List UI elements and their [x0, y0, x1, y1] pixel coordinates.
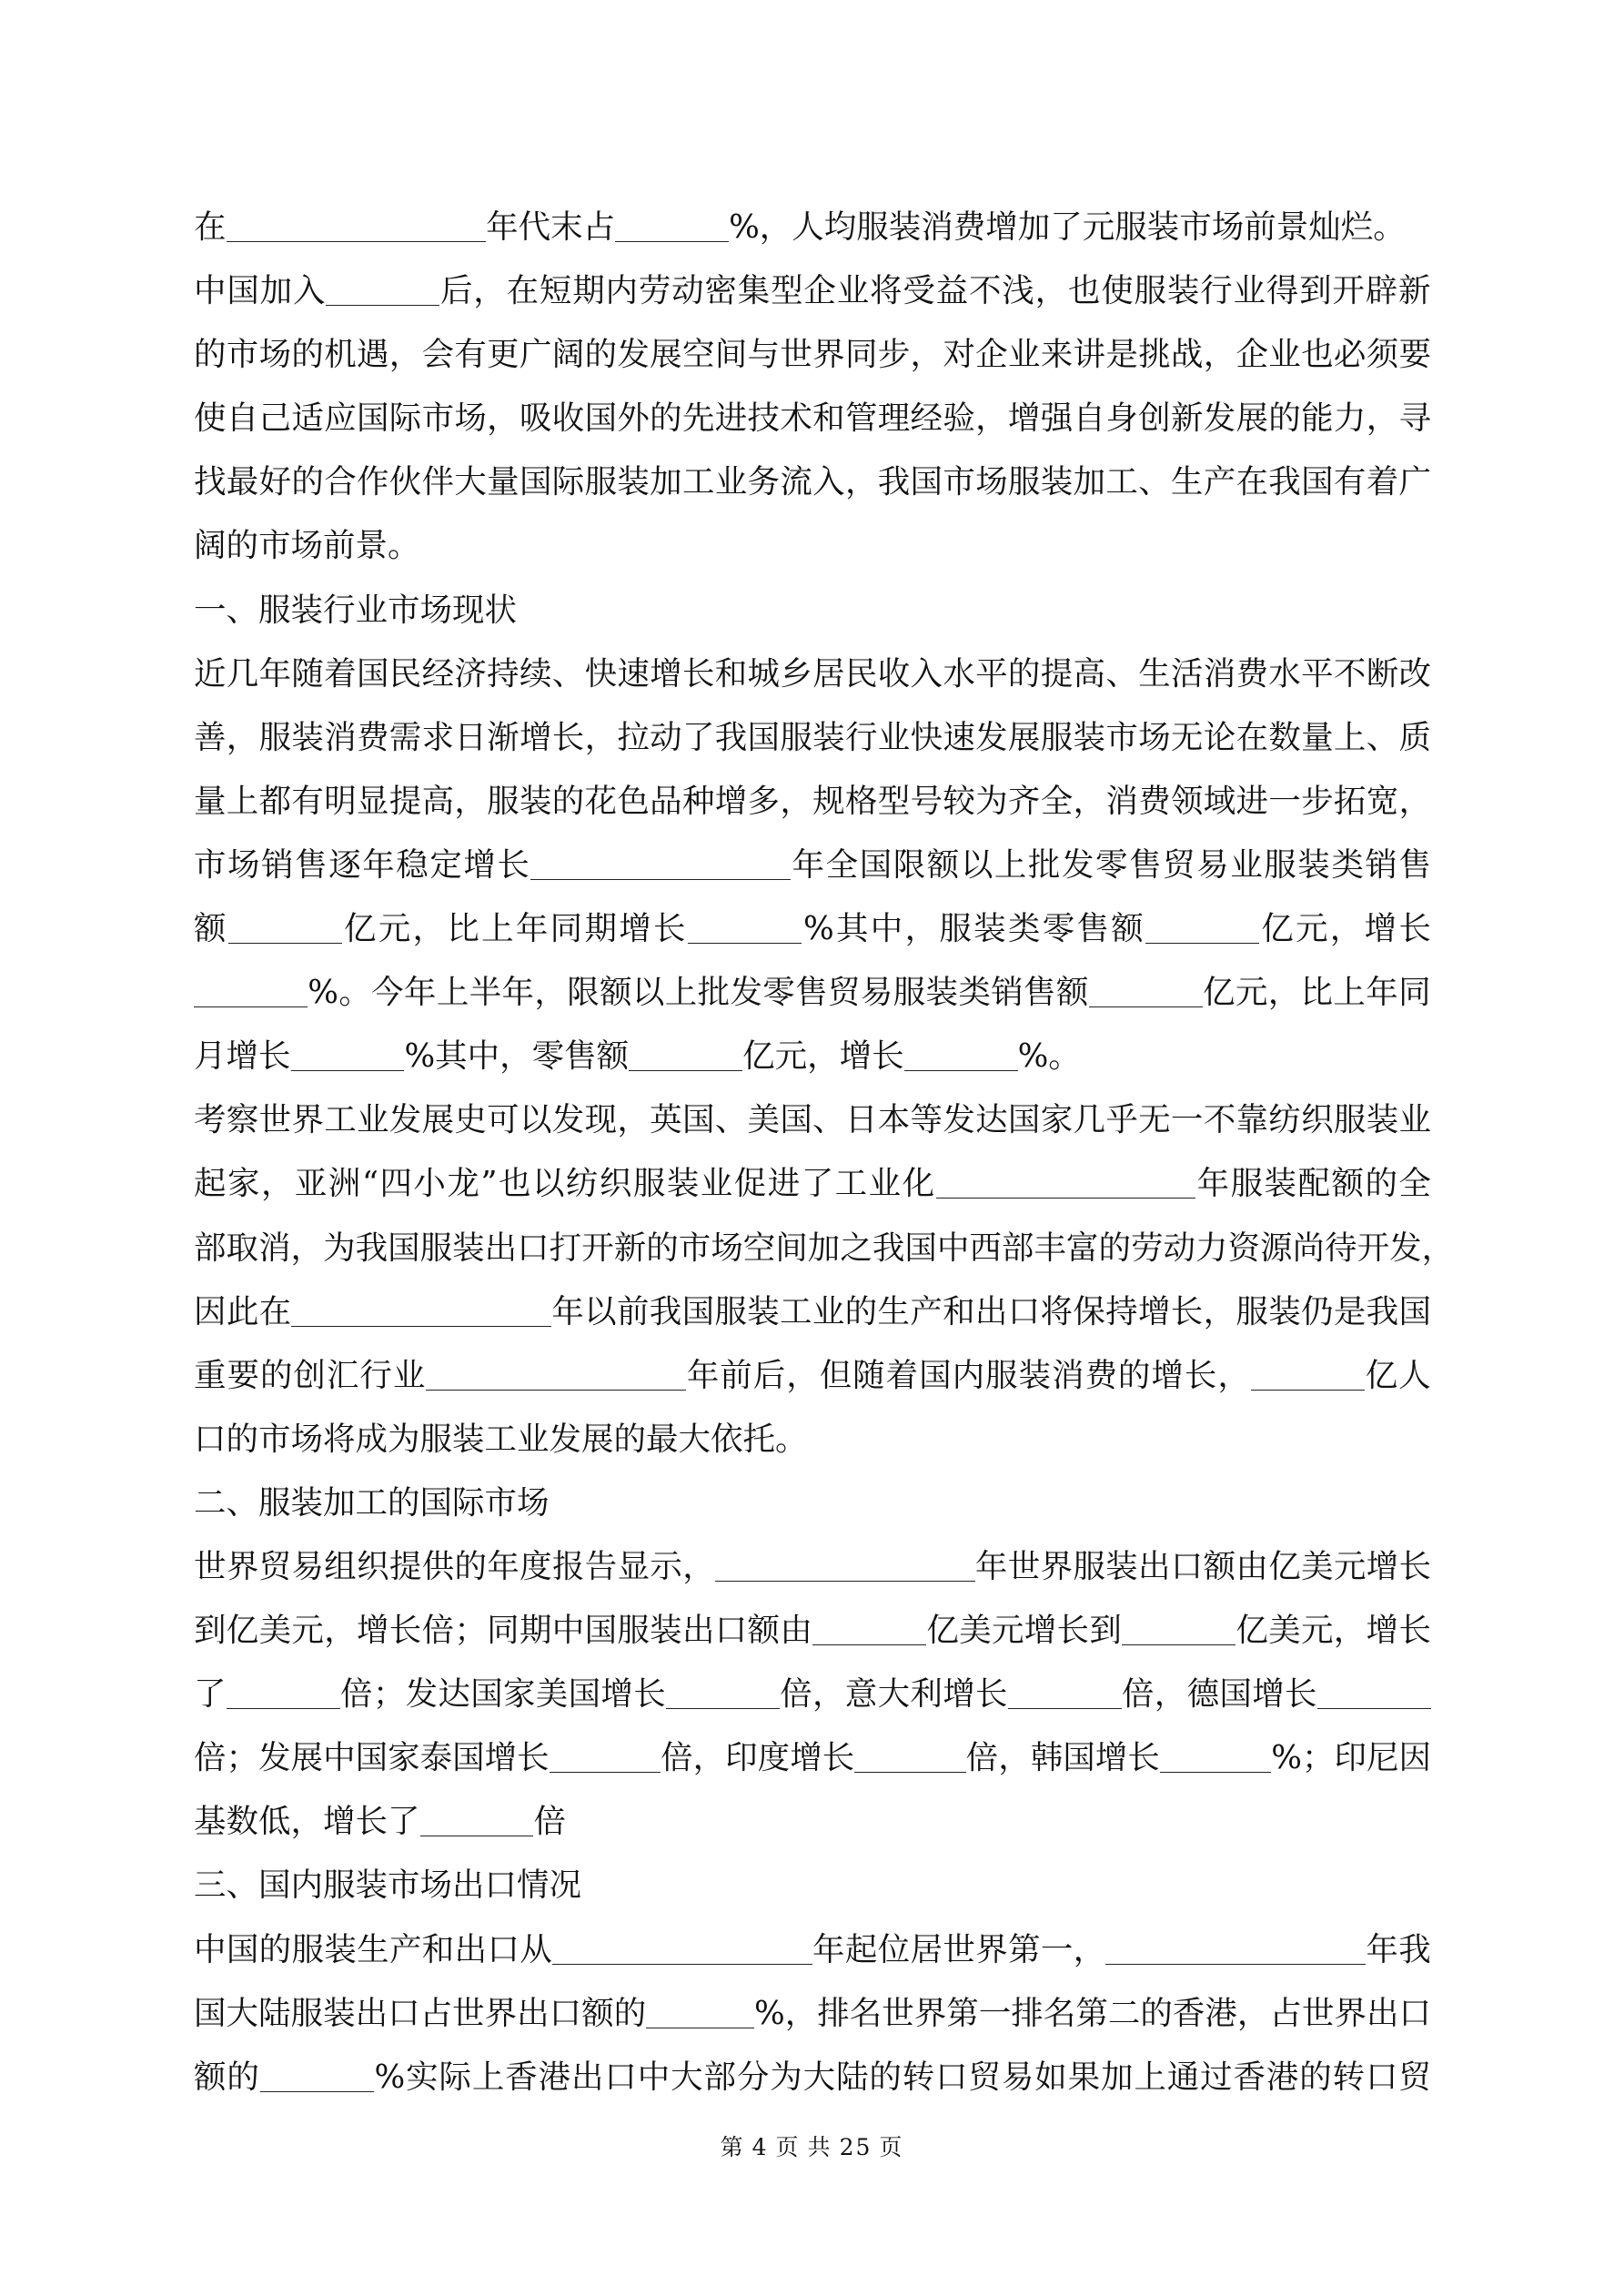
text-char: 类	[1008, 897, 1041, 961]
text-char: 遇	[357, 323, 389, 387]
text-char: ，	[1330, 897, 1363, 961]
text-char: 亿	[1203, 961, 1236, 1025]
text-char: 陆	[258, 1982, 291, 2046]
text-char: 额	[1056, 961, 1089, 1025]
text-char: 世	[1302, 1982, 1335, 2046]
text-char: 可	[487, 1088, 519, 1152]
text-char: ，	[487, 387, 519, 450]
text-char: 益	[936, 259, 969, 323]
text-char: 美	[748, 1088, 781, 1152]
text-char: 将	[1041, 1280, 1074, 1344]
text-char: 是	[1334, 1280, 1367, 1344]
text-char: 部	[1002, 1217, 1034, 1280]
text-char: 渐	[487, 706, 519, 770]
text-line: 量上都有明显提高，服装的花色品种增多，规格型号较为齐全，消费领域进一步拓宽，	[194, 770, 1431, 834]
text-char: 工	[682, 450, 715, 514]
text-char: 年	[487, 1535, 519, 1599]
text-char: 英	[650, 1088, 682, 1152]
text-char: 国	[860, 834, 893, 897]
text-line: 起家，亚洲“四小龙”也以纺织服装业促进了工业化年服装配额的全	[194, 1152, 1431, 1216]
text-char: 国	[227, 259, 259, 323]
text-char: 服	[420, 1217, 453, 1280]
text-char: 国	[1063, 1726, 1095, 1790]
text-char: 着	[1367, 450, 1399, 514]
text-char: 展	[291, 1726, 324, 1790]
text-char: 是	[1105, 323, 1138, 387]
text-char: 富	[1066, 1217, 1099, 1280]
text-char: ，	[1035, 259, 1068, 323]
text-char: 其	[836, 897, 869, 961]
text-char: 促	[734, 1152, 767, 1216]
text-char: 度	[519, 1535, 552, 1599]
text-char: 长	[1398, 1535, 1431, 1599]
text-char: 美	[259, 1599, 292, 1663]
text-char: 一	[1268, 770, 1301, 834]
text-char: 前	[720, 1344, 752, 1408]
text-char: 额	[581, 1982, 614, 2046]
text-char: 、	[1105, 642, 1138, 706]
text-char: 密	[704, 259, 737, 323]
text-char: 部	[704, 2046, 737, 2109]
text-char: 乡	[780, 642, 812, 706]
text-char: 装	[650, 1599, 682, 1663]
text-char: 高	[422, 770, 455, 834]
text-char: 家	[503, 1663, 536, 1726]
text-char: 意	[845, 1663, 878, 1726]
text-char: 额	[600, 961, 632, 1025]
text-char: 应	[324, 387, 357, 450]
text-char: 我	[356, 1217, 388, 1280]
text-char: 力	[1195, 1217, 1228, 1280]
text-char: 业	[701, 1152, 733, 1216]
text-char: 服	[1135, 259, 1167, 323]
text-char: 易	[861, 961, 893, 1025]
text-char: ，	[1074, 770, 1106, 834]
text-char: 展	[1008, 706, 1041, 770]
fill-in-blank	[688, 911, 802, 944]
text-char: 世	[780, 323, 812, 387]
text-char: 能	[1301, 387, 1334, 450]
text-char: 提	[389, 1535, 422, 1599]
text-char: 需	[389, 706, 422, 770]
text-char: 装	[1105, 1535, 1138, 1599]
text-char: 场	[975, 450, 1008, 514]
text-char: 齐	[1008, 770, 1041, 834]
text-char: 比	[447, 897, 479, 961]
text-char: 示	[650, 1535, 682, 1599]
text-char: 亿	[1261, 897, 1294, 961]
text-char: ，	[389, 323, 422, 387]
text-char: 劳	[1131, 1217, 1164, 1280]
text-char: 数	[1268, 706, 1301, 770]
text-char: 业	[393, 1344, 426, 1408]
text-char: 快	[911, 706, 943, 770]
text-char: 乎	[1105, 1088, 1138, 1152]
text-char: 己	[259, 387, 292, 450]
text-char: 发	[943, 1088, 975, 1152]
text-char: 年	[516, 897, 549, 961]
text-char: 广	[1398, 450, 1431, 514]
text-char: 合	[324, 450, 357, 514]
text-char: 期	[519, 1599, 552, 1663]
text-char: 企	[803, 259, 836, 323]
text-char: 。	[338, 961, 371, 1025]
text-char: ，	[1367, 387, 1399, 450]
text-char: 活	[1171, 642, 1204, 706]
text-char: 增	[943, 1663, 975, 1726]
text-char: 机	[324, 323, 357, 387]
text-char: 劳	[639, 259, 671, 323]
text-char: 量	[487, 450, 519, 514]
text-char: 内	[953, 1344, 985, 1408]
text-char: 几	[1074, 1088, 1106, 1152]
text-char: 装	[1268, 1280, 1301, 1344]
text-char: 服	[259, 706, 292, 770]
text-char: 年	[551, 1280, 584, 1344]
text-char: 发	[1204, 387, 1236, 450]
text-char: 全	[1041, 770, 1074, 834]
section-heading: 二、服装加工的国际市场	[194, 1472, 1431, 1535]
text-char: 大	[803, 2046, 836, 2109]
text-char: 日	[845, 1088, 878, 1152]
text-char: 作	[357, 450, 389, 514]
text-char: 伴	[422, 450, 455, 514]
text-char: 装	[291, 706, 324, 770]
text-line: 阔的市场前景。	[194, 514, 1431, 578]
text-char: 贸	[969, 2046, 1002, 2109]
text-char: 长	[497, 834, 530, 897]
text-char: 消	[1105, 770, 1138, 834]
text-char: 上	[1134, 2046, 1166, 2109]
text-char: 以	[519, 1088, 552, 1152]
text-char: 服	[1236, 1280, 1268, 1344]
text-char: 保	[1073, 1280, 1105, 1344]
text-char: 易	[291, 1535, 324, 1599]
text-char: 批	[1028, 834, 1061, 897]
text-char: 如	[1034, 2046, 1067, 2109]
text-char: 出	[571, 2046, 604, 2109]
text-char: ，	[1334, 1599, 1367, 1663]
text-char: 领	[1171, 770, 1204, 834]
text-char: 类	[958, 961, 991, 1025]
text-line: 部取消，为我国服装出口打开新的市场空间加之我国中西部丰富的劳动力资源尚待开发，	[194, 1217, 1431, 1280]
text-line: %。今年上半年，限额以上批发零售贸易服装类销售额亿元，比上年同	[194, 961, 1431, 1025]
text-char: 中	[552, 1599, 585, 1663]
fill-in-blank	[326, 273, 439, 306]
text-char: 业	[878, 706, 911, 770]
text-char: 进	[1236, 770, 1269, 834]
text-char: 尼	[1367, 1726, 1399, 1790]
text-char: 售	[1076, 897, 1109, 961]
text-char: 的	[1118, 1344, 1151, 1408]
text-char: 业	[1268, 323, 1301, 387]
text-char: 加	[650, 450, 682, 514]
text-char: 以	[961, 834, 994, 897]
text-char: ，	[413, 897, 446, 961]
text-line: 额亿元，比上年同期增长%其中，服装类零售额亿元，增长	[194, 897, 1431, 961]
text-char: 元	[1296, 897, 1328, 961]
text-char: 出	[485, 1217, 518, 1280]
text-char: ，	[261, 1152, 294, 1216]
text-char: ，	[812, 1663, 845, 1726]
text-char: 达	[975, 1088, 1008, 1152]
footer-page-unit: 页	[776, 2134, 801, 2160]
text-char: 定	[429, 834, 462, 897]
text-char: 格	[845, 770, 878, 834]
text-segment: 在	[194, 196, 227, 259]
text-char: ；	[373, 1663, 406, 1726]
text-char: 进	[768, 1152, 801, 1216]
text-char: 展	[650, 323, 682, 387]
text-char: 国	[780, 1088, 812, 1152]
text-char: 长	[1398, 1599, 1431, 1663]
document-body: 在年代末占%，人均服装消费增加了元服装市场前景灿烂。中国加入后，在短期内劳动密集…	[194, 196, 1431, 2109]
text-char: 起	[845, 1918, 878, 1982]
text-char: 国	[470, 1663, 503, 1726]
text-char: 战	[1171, 323, 1204, 387]
text-char: 界	[812, 323, 845, 387]
text-char: 步	[1301, 770, 1334, 834]
text-char: 增	[1138, 1280, 1171, 1344]
text-char: 增	[1024, 1599, 1057, 1663]
text-char: 水	[943, 642, 975, 706]
text-segment: 阔的市场前景。	[194, 514, 420, 578]
text-char: 增	[1252, 1663, 1285, 1726]
text-char: 世	[943, 1918, 975, 1982]
text-char: 长	[822, 1726, 855, 1790]
text-char: 我	[873, 1217, 905, 1280]
text-line: 在年代末占%，人均服装消费增加了元服装市场前景灿烂。	[194, 196, 1431, 259]
text-char: 国	[569, 1663, 601, 1726]
text-char: 装	[1167, 259, 1200, 323]
text-char: 美	[536, 1663, 569, 1726]
text-char: 香	[1173, 1982, 1205, 2046]
text-line: 到亿美元，增长倍；同期中国服装出口额由亿美元增长到亿美元，增长	[194, 1599, 1431, 1663]
text-char: 为	[975, 770, 1008, 834]
text-char: 动	[650, 706, 682, 770]
text-char: 长	[552, 706, 585, 770]
fill-in-blank	[530, 847, 791, 880]
text-char: 的	[1268, 387, 1301, 450]
text-char: 展	[1236, 387, 1269, 450]
text-char: 增	[1367, 1535, 1399, 1599]
text-char: 发	[1062, 834, 1094, 897]
text-char: 型	[771, 259, 803, 323]
text-char: 界	[975, 1918, 1008, 1982]
text-char: 逐	[328, 834, 361, 897]
text-char: 中	[194, 259, 227, 323]
text-char: 到	[1089, 1599, 1122, 1663]
text-char: ，	[291, 1217, 324, 1280]
text-char: 的	[650, 387, 682, 450]
text-char: 服	[714, 1280, 747, 1344]
text-char: 韩	[1031, 1726, 1064, 1790]
text-char: 场	[259, 323, 292, 387]
text-char: 口	[1366, 2046, 1398, 2109]
text-char: 界	[1041, 1535, 1074, 1599]
text-char: 产	[389, 1918, 422, 1982]
text-char: ，	[682, 1535, 715, 1599]
fill-in-blank	[227, 209, 487, 242]
text-char: 全	[1398, 1152, 1431, 1216]
text-char: 步	[878, 323, 911, 387]
fill-in-blank	[1105, 1932, 1366, 1965]
text-char: 年	[502, 961, 535, 1025]
text-char: 上	[1333, 961, 1366, 1025]
text-char: 间	[715, 323, 748, 387]
text-char: 港	[1266, 2046, 1299, 2109]
text-char: 国	[585, 387, 618, 450]
text-char: 增	[1365, 897, 1397, 961]
text-char: ；	[454, 1599, 487, 1663]
text-char: 无	[1171, 706, 1204, 770]
text-char: ，	[905, 897, 938, 961]
text-char: 市	[422, 387, 455, 450]
text-char: 动	[671, 259, 704, 323]
text-char: 业	[1008, 323, 1041, 387]
text-char: 理	[878, 387, 911, 450]
text-char: 装	[1297, 834, 1330, 897]
text-char: 世	[452, 1982, 485, 2046]
text-char: 务	[748, 450, 781, 514]
text-char: 全	[826, 834, 859, 897]
text-char: 倍	[661, 1726, 693, 1790]
text-char: 发	[1389, 1217, 1422, 1280]
text-line: 世界贸易组织提供的年度报告显示，年世界服装出口额由亿美元增长	[194, 1535, 1431, 1599]
text-char: 提	[389, 770, 422, 834]
text-char: 新	[1398, 259, 1431, 323]
text-char: 亿	[1366, 1344, 1398, 1408]
text-char: 身	[1105, 387, 1138, 450]
text-line: 倍；发展中国家泰国增长倍，印度增长倍，韩国增长%；印尼因	[194, 1726, 1431, 1790]
text-char: 行	[1200, 259, 1233, 323]
text-char: 开	[1357, 1217, 1390, 1280]
text-char: 起	[194, 1152, 227, 1216]
text-char: ，	[911, 323, 943, 387]
text-char: 自	[1074, 387, 1106, 450]
text-char: 工	[835, 1152, 868, 1216]
text-char: 后	[753, 1344, 786, 1408]
text-char: 国	[585, 1599, 618, 1663]
text-char: 的	[455, 1535, 488, 1599]
text-char: 场	[711, 1217, 743, 1280]
text-char: ，	[1155, 1663, 1187, 1726]
text-char: 消	[324, 706, 357, 770]
text-char: 位	[878, 1918, 911, 1982]
text-char: 上	[1334, 706, 1367, 770]
text-char: 港	[539, 2046, 571, 2109]
text-char: 德	[1187, 1663, 1220, 1726]
text-char: 年	[1197, 1152, 1230, 1216]
text-char: 使	[1101, 259, 1134, 323]
text-char: 装	[747, 1280, 780, 1344]
text-char: 资	[1228, 1217, 1261, 1280]
text-char: 规	[812, 770, 845, 834]
text-char: 香	[1234, 2046, 1266, 2109]
text-char: 续	[519, 642, 552, 706]
text-char: 元	[1236, 961, 1268, 1025]
text-char: 创	[1138, 387, 1171, 450]
text-char: 装	[324, 1918, 357, 1982]
text-char: 加	[808, 1217, 841, 1280]
fill-in-blank	[291, 1038, 405, 1071]
text-char: 期	[584, 897, 617, 961]
text-char: 丰	[1034, 1217, 1066, 1280]
text-char: 大	[227, 1982, 259, 2046]
text-char: 为	[323, 1217, 356, 1280]
fill-in-blank	[420, 1804, 534, 1836]
text-char: 度	[758, 1726, 791, 1790]
text-char: 服	[1264, 834, 1296, 897]
text-char: 集	[738, 259, 771, 323]
text-char: 较	[943, 770, 975, 834]
text-char: 由	[1236, 1535, 1268, 1599]
text-char: 零	[1043, 897, 1075, 961]
text-char: 出	[356, 1982, 388, 2046]
text-char: 服	[1334, 1088, 1367, 1152]
text-char: 年	[362, 834, 395, 897]
text-char: 服	[633, 1152, 666, 1216]
text-char: 报	[552, 1535, 585, 1599]
text-char: 新	[614, 1217, 647, 1280]
text-char: ，	[454, 770, 487, 834]
text-char: 年	[812, 1918, 845, 1982]
text-char: 业	[837, 259, 870, 323]
text-char: 增	[1095, 1726, 1128, 1790]
text-char: 伙	[389, 450, 422, 514]
text-char: 服	[487, 770, 519, 834]
text-char: 不	[1334, 642, 1367, 706]
text-char: 业	[1230, 834, 1263, 897]
text-char: 中	[194, 1918, 227, 1982]
text-char: 国	[388, 1217, 420, 1280]
text-char: 零	[762, 961, 795, 1025]
text-char: 空	[682, 323, 715, 387]
text-char: 会	[422, 323, 455, 387]
text-segment: 一、服装行业市场现状	[194, 579, 517, 642]
text-char: 着	[886, 1344, 919, 1408]
text-char: 年	[792, 834, 825, 897]
text-char: 增	[1367, 1599, 1399, 1663]
text-char: 织	[357, 1535, 389, 1599]
text-char: 售	[795, 961, 828, 1025]
text-line: 口的市场将成为服装工业发展的最大依托。	[194, 1408, 1431, 1472]
text-char: 国	[682, 1280, 715, 1344]
text-char: 入	[911, 642, 943, 706]
text-char: 企	[1236, 323, 1269, 387]
text-char: 陆	[836, 2046, 869, 2109]
text-char: 的	[291, 450, 324, 514]
text-char: 平	[1301, 642, 1334, 706]
text-char: 长	[1398, 897, 1431, 961]
text-segment: 三、国内服装市场出口情况	[194, 1854, 581, 1917]
text-char: 我	[715, 706, 748, 770]
text-char: 半	[469, 961, 502, 1025]
text-char: 国	[919, 1344, 952, 1408]
text-char: 贸	[1163, 834, 1195, 897]
text-char: 倍	[340, 1663, 373, 1726]
fill-in-blank	[426, 1358, 686, 1391]
section-heading: 一、服装行业市场现状	[194, 579, 1431, 642]
text-char: 为	[770, 2046, 802, 2109]
text-char: 技	[748, 387, 781, 450]
text-char: 要	[1398, 323, 1431, 387]
text-char: 上	[665, 961, 698, 1025]
text-char: 生	[1138, 642, 1171, 706]
text-char: 得	[1266, 259, 1299, 323]
text-char: 年	[1366, 961, 1398, 1025]
text-char: 世	[194, 1535, 227, 1599]
